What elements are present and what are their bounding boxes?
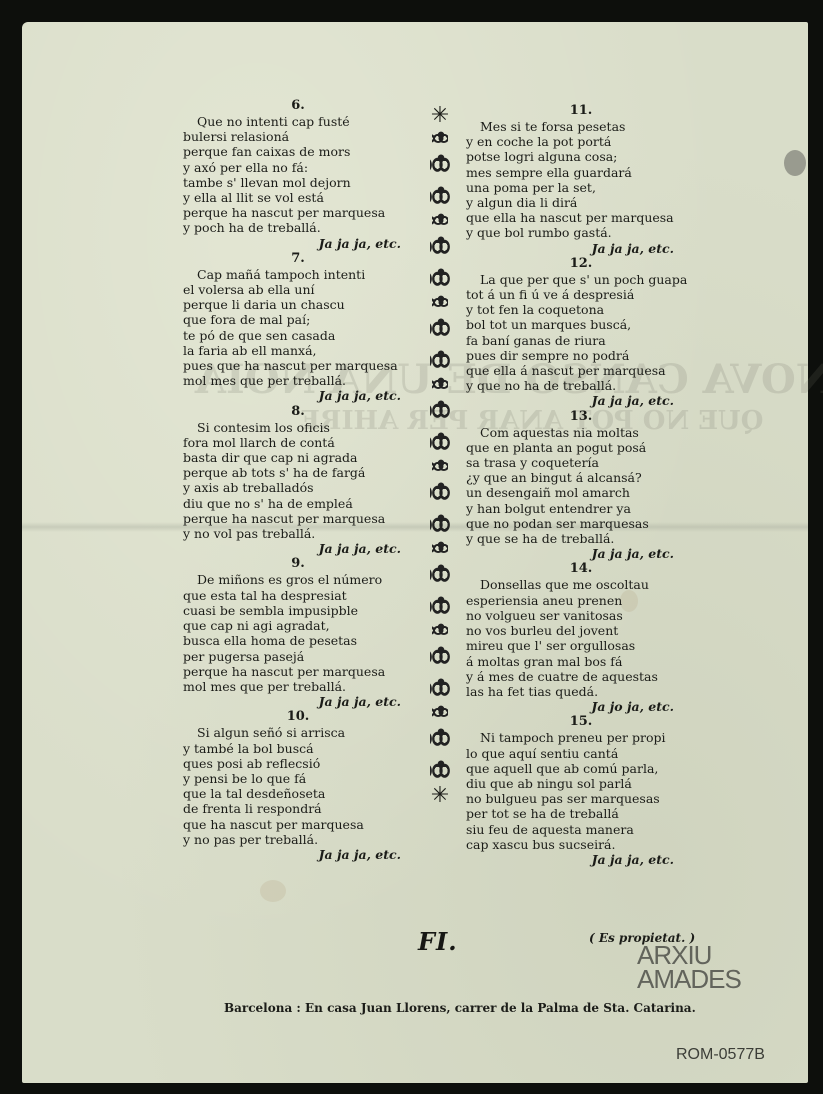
stanza-number: 13. (466, 409, 696, 425)
fleuron-ornament-icon (430, 344, 450, 372)
stain (784, 150, 806, 176)
verse-line: pues que ha nascut per marquesa (183, 358, 423, 373)
refrain: Ja ja ja, etc. (183, 694, 423, 709)
verse-line: un desengaiñ mol amarch (466, 485, 696, 500)
verse-line: mireu que l' ser orgullosas (466, 638, 696, 653)
verse-line: que en planta an pogut posá (466, 440, 696, 455)
fleuron-ornament-icon (432, 458, 448, 472)
star-ornament-icon: ✳ (431, 784, 449, 808)
shelfmark: ROM-0577B (676, 1046, 765, 1064)
verse-line: que la tal desdeñoseta (183, 786, 423, 801)
fleuron-ornament-icon (432, 376, 448, 390)
verse-line: no vos burleu del jovent (466, 623, 696, 638)
verse-line: pues dir sempre no podrá (466, 348, 696, 363)
verse-line: te pó de que sen casada (183, 328, 423, 343)
verse-line: que fora de mal paí; (183, 312, 423, 327)
verse-line: per pugersa pasejá (183, 649, 423, 664)
archive-stamp: ARXIU AMADES (637, 943, 741, 991)
verse-line: que cap ni agi agradat, (183, 618, 423, 633)
refrain: Ja ja ja, etc. (183, 541, 423, 556)
verse-line: perque ha nascut per marquesa (183, 205, 423, 220)
verse-line: siu feu de aquesta manera (466, 822, 696, 837)
fleuron-ornament-icon (432, 704, 448, 718)
verse-line: lo que aquí sentiu cantá (466, 746, 696, 761)
refrain: Ja ja ja, etc. (183, 236, 423, 251)
verse-line: mol mes que per treballá. (183, 373, 423, 388)
verse-line: y en coche la pot portá (466, 134, 696, 149)
verse-line: y tot fen la coquetona (466, 302, 696, 317)
verse-line: perque fan caixas de mors (183, 144, 423, 159)
verse-line: tot á un fi ú ve á despresiá (466, 287, 696, 302)
refrain: Ja ja ja, etc. (466, 852, 696, 867)
ornamental-divider: ✳✳ (426, 104, 454, 904)
right-column: 11.Mes si te forsa pesetasy en coche la … (466, 103, 696, 867)
stanza-number: 8. (183, 404, 413, 420)
verse-line: sa trasa y coquetería (466, 455, 696, 470)
verse-line: el volersa ab ella uní (183, 282, 423, 297)
refrain: Ja ja ja, etc. (466, 393, 696, 408)
stanza-number: 15. (466, 714, 696, 730)
fleuron-ornament-icon (432, 294, 448, 308)
printer-imprint: Barcelona : En casa Juan Llorens, carrer… (224, 1001, 696, 1015)
stanza-number: 9. (183, 556, 413, 572)
verse-line: Mes si te forsa pesetas (466, 119, 696, 134)
refrain: Ja ja ja, etc. (466, 241, 696, 256)
verse-line: ques posi ab reflecsió (183, 756, 423, 771)
verse-line: perque li daria un chascu (183, 297, 423, 312)
verse-line: y algun dia li dirá (466, 195, 696, 210)
fleuron-ornament-icon (430, 722, 450, 750)
stamp-line-2: AMADES (637, 967, 741, 991)
verse-line: y que se ha de treballá. (466, 531, 696, 546)
verse-line: perque ha nascut per marquesa (183, 511, 423, 526)
verse-line: las ha fet tias quedá. (466, 684, 696, 699)
verse-line: que no podan ser marquesas (466, 516, 696, 531)
verse-line: cuasi be sembla impusipble (183, 603, 423, 618)
fleuron-ornament-icon (430, 394, 450, 422)
verse-line: Donsellas que me oscoltau (466, 577, 696, 592)
stanza-number: 12. (466, 256, 696, 272)
refrain: Ja jo ja, etc. (466, 699, 696, 714)
ending-mark: FI. (418, 927, 458, 956)
stanza-number: 6. (183, 98, 413, 114)
verse-line: perque ha nascut per marquesa (183, 664, 423, 679)
verse-line: potse logri alguna cosa; (466, 149, 696, 164)
verse-line: per tot se ha de treballá (466, 806, 696, 821)
verse-line: que ella ha nascut per marquesa (466, 210, 696, 225)
verse-line: Ni tampoch preneu per propi (466, 730, 696, 745)
verse-line: y á mes de cuatre de aquestas (466, 669, 696, 684)
stanza-number: 11. (466, 103, 696, 119)
stanza-number: 7. (183, 251, 413, 267)
refrain: Ja ja ja, etc. (183, 847, 423, 862)
refrain: Ja ja ja, etc. (183, 388, 423, 403)
fleuron-ornament-icon (430, 508, 450, 536)
verse-line: no bulgueu pas ser marquesas (466, 791, 696, 806)
verse-line: y no vol pas treballá. (183, 526, 423, 541)
verse-line: y també la bol buscá (183, 741, 423, 756)
verse-line: de frenta li respondrá (183, 801, 423, 816)
verse-line: á moltas gran mal bos fá (466, 654, 696, 669)
verse-line: la faria ab ell manxá, (183, 343, 423, 358)
verse-line: que ella á nascut per marquesa (466, 363, 696, 378)
verse-line: bulersi relasioná (183, 129, 423, 144)
verse-line: Cap mañá tampoch intenti (183, 267, 423, 282)
verse-line: Si algun señó si arrisca (183, 725, 423, 740)
verse-line: Si contesim los oficis (183, 420, 423, 435)
verse-line: y axis ab treballadós (183, 480, 423, 495)
fleuron-ornament-icon (432, 212, 448, 226)
verse-line: diu que ab ningu sol parlá (466, 776, 696, 791)
verse-line: que aquell que ab comú parla, (466, 761, 696, 776)
fleuron-ornament-icon (430, 754, 450, 782)
verse-line: y poch ha de treballá. (183, 220, 423, 235)
fleuron-ornament-icon (430, 590, 450, 618)
fleuron-ornament-icon (430, 180, 450, 208)
verse-line: cap xascu bus sucseirá. (466, 837, 696, 852)
verse-line: que esta tal ha despresiat (183, 588, 423, 603)
left-column: 6.Que no intenti cap fustébulersi relasi… (183, 98, 423, 862)
fleuron-ornament-icon (430, 262, 450, 290)
stanza-number: 14. (466, 561, 696, 577)
verse-line: una poma per la set, (466, 180, 696, 195)
verse-line: La que per que s' un poch guapa (466, 272, 696, 287)
verse-line: mes sempre ella guardará (466, 165, 696, 180)
verse-line: esperiensia aneu prenen (466, 593, 696, 608)
verse-line: ¿y que an bingut á alcansá? (466, 470, 696, 485)
verse-line: y no pas per treballá. (183, 832, 423, 847)
verse-line: De miñons es gros el número (183, 572, 423, 587)
verse-line: busca ella homa de pesetas (183, 633, 423, 648)
fleuron-ornament-icon (430, 230, 450, 258)
fleuron-ornament-icon (432, 130, 448, 144)
verse-line: Com aquestas nia moltas (466, 425, 696, 440)
verse-line: diu que no s' ha de empleá (183, 496, 423, 511)
verse-line: y que no ha de treballá. (466, 378, 696, 393)
fleuron-ornament-icon (432, 540, 448, 554)
fleuron-ornament-icon (430, 426, 450, 454)
stain (260, 880, 286, 902)
verse-line: no volgueu ser vanitosas (466, 608, 696, 623)
fleuron-ornament-icon (430, 476, 450, 504)
verse-line: perque ab tots s' ha de fargá (183, 465, 423, 480)
stanza-number: 10. (183, 709, 413, 725)
refrain: Ja ja ja, etc. (466, 546, 696, 561)
fleuron-ornament-icon (430, 148, 450, 176)
fleuron-ornament-icon (430, 672, 450, 700)
verse-line: fa baní ganas de riura (466, 333, 696, 348)
verse-line: y axó per ella no fá: (183, 160, 423, 175)
fleuron-ornament-icon (430, 312, 450, 340)
star-ornament-icon: ✳ (431, 104, 449, 128)
fleuron-ornament-icon (430, 558, 450, 586)
verse-line: y han bolgut entendrer ya (466, 501, 696, 516)
verse-line: fora mol llarch de contá (183, 435, 423, 450)
verse-line: tambe s' llevan mol dejorn (183, 175, 423, 190)
verse-line: mol mes que per treballá. (183, 679, 423, 694)
verse-line: bol tot un marques buscá, (466, 317, 696, 332)
verse-line: que ha nascut per marquesa (183, 817, 423, 832)
verse-line: y ella al llit se vol está (183, 190, 423, 205)
verse-line: y que bol rumbo gastá. (466, 225, 696, 240)
fleuron-ornament-icon (432, 622, 448, 636)
verse-line: basta dir que cap ni agrada (183, 450, 423, 465)
verse-line: y pensi be lo que fá (183, 771, 423, 786)
verse-line: Que no intenti cap fusté (183, 114, 423, 129)
fleuron-ornament-icon (430, 640, 450, 668)
